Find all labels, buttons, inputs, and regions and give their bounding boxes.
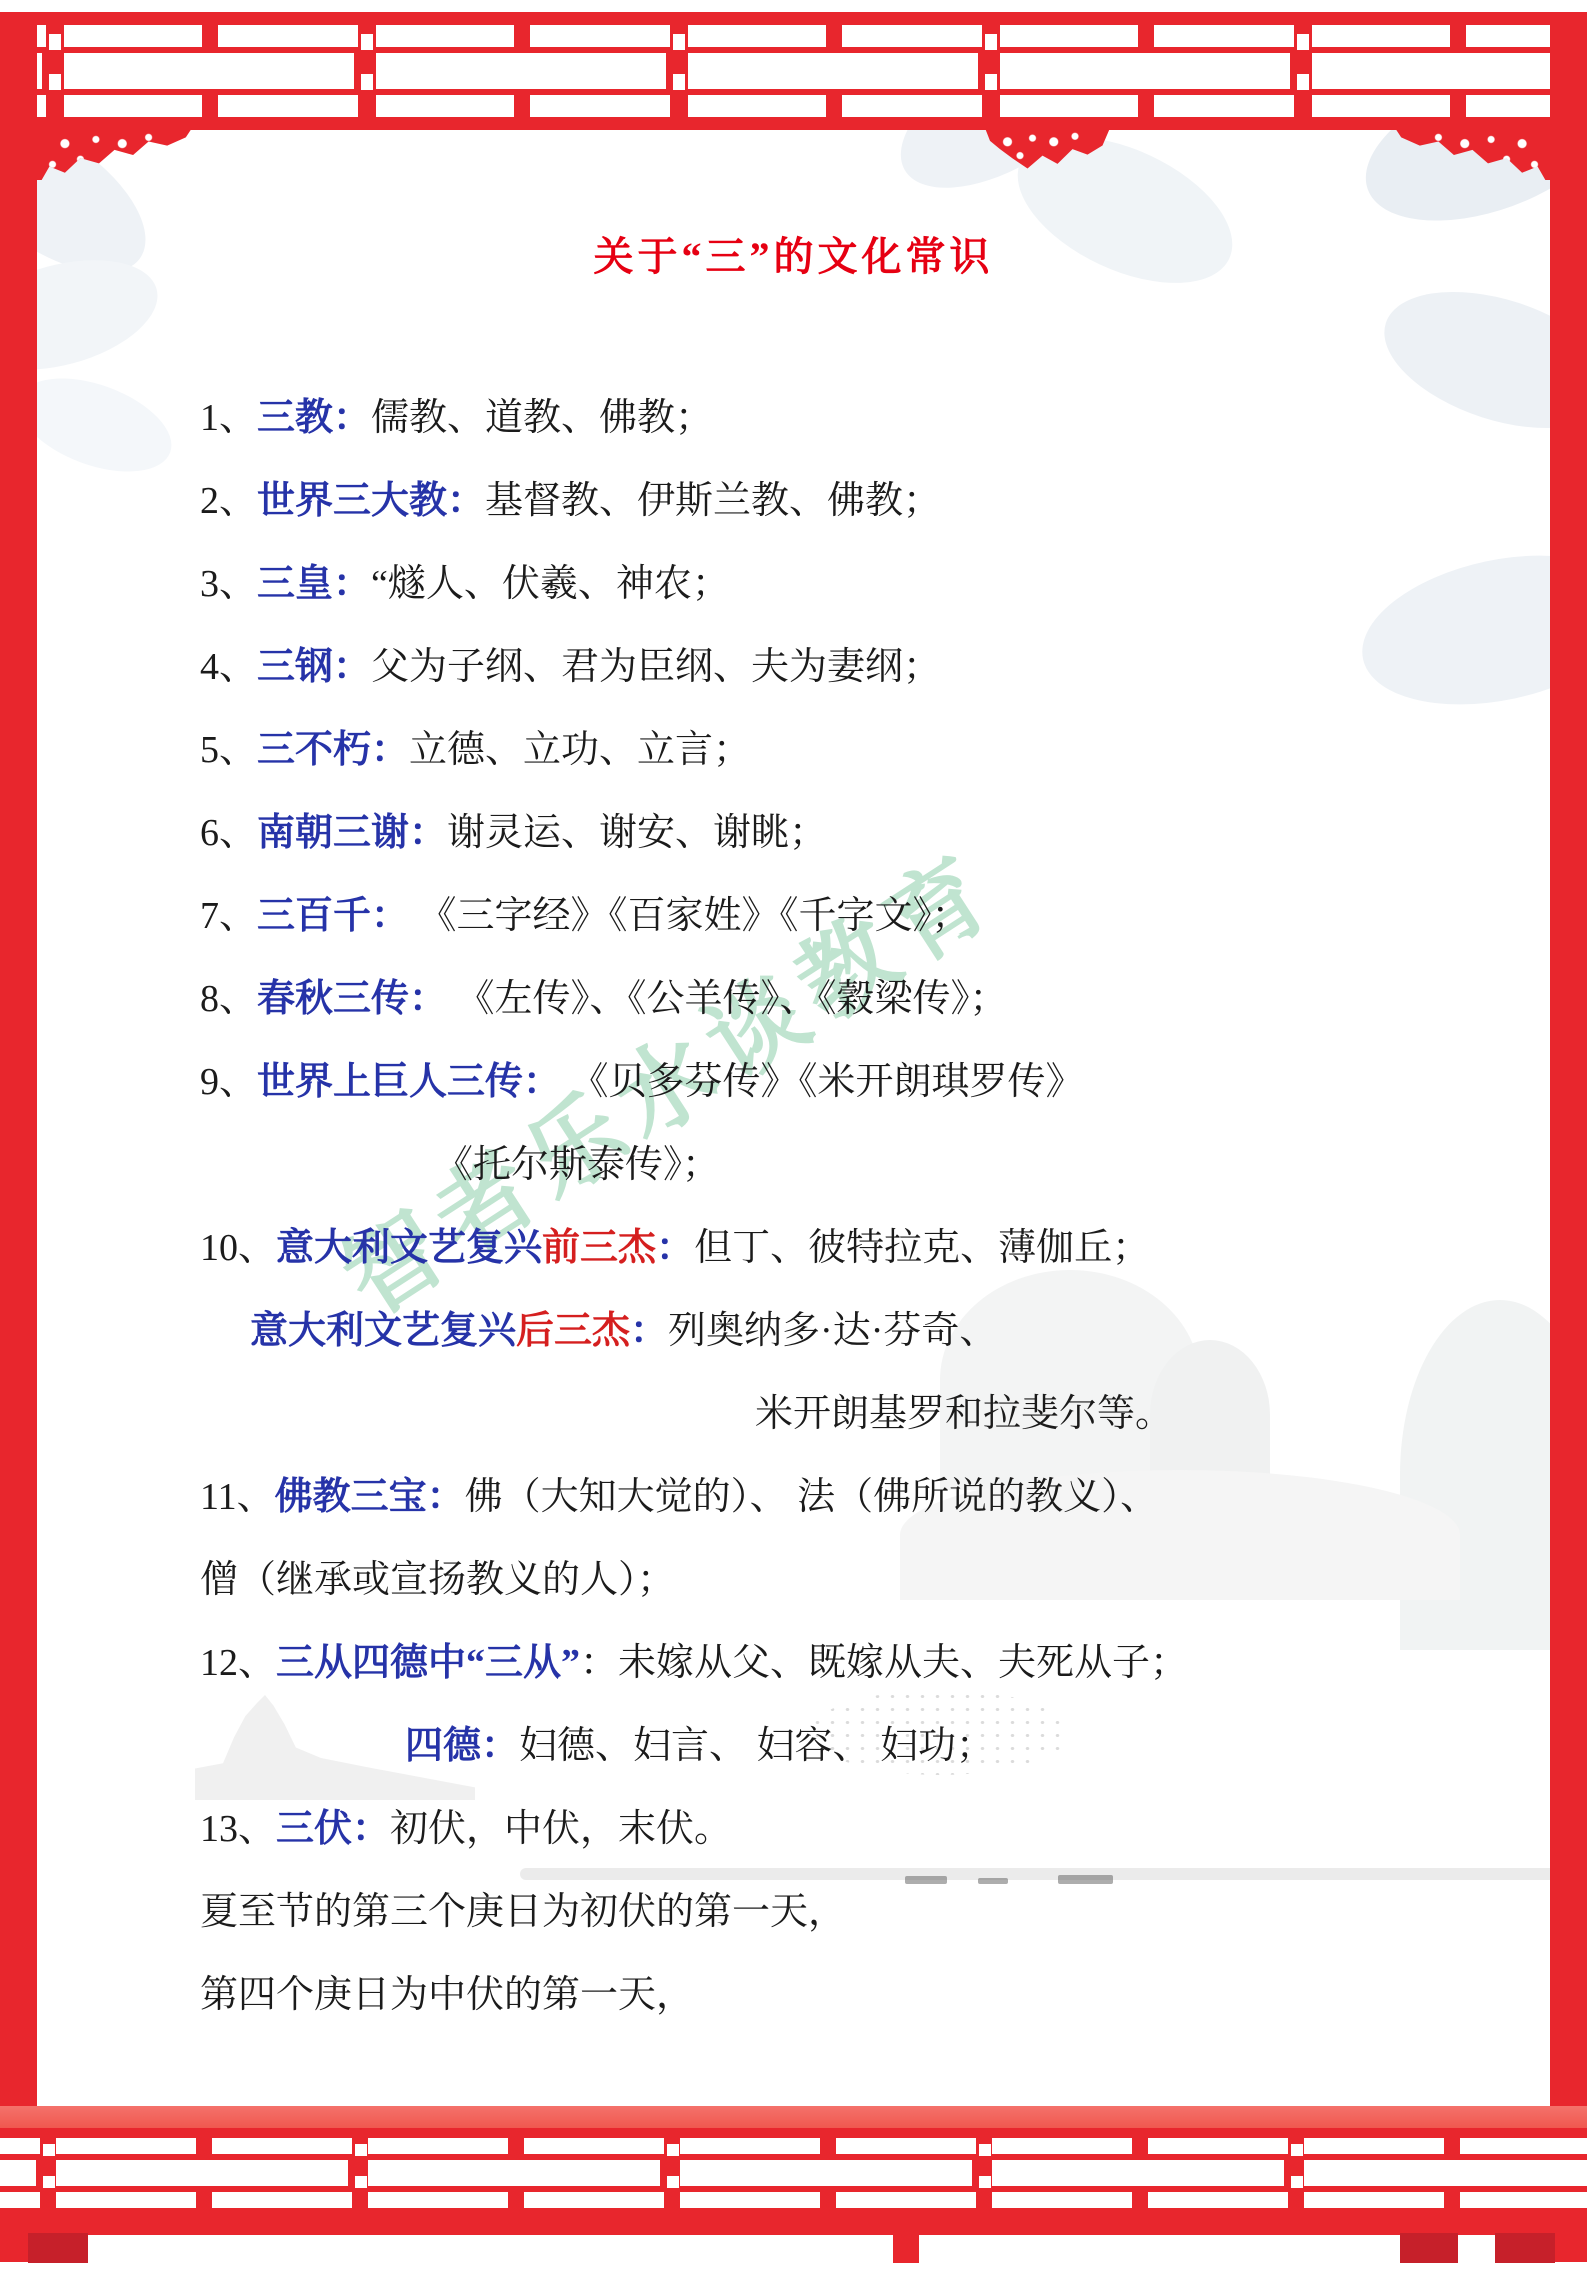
text-line: 8、春秋三传： 《左传》、《公羊传》、《穀梁传》； (0, 953, 1560, 1036)
text-segment: 意大利文艺复兴 (250, 1299, 516, 1354)
text-segment: 3、 (200, 552, 257, 607)
text-segment: 南朝三谢： (257, 801, 447, 856)
text-segment: 5、 (200, 718, 257, 773)
railing-top-beam (0, 2106, 1587, 2128)
text-segment: 12、 (200, 1631, 276, 1686)
text-segment: 三百千： (257, 884, 409, 939)
text-segment: 10、 (200, 1216, 276, 1271)
text-line: 7、三百千： 《三字经》《百家姓》《千字文》； (0, 870, 1560, 953)
text-line: 9、世界上巨人三传： 《贝多芬传》《米开朗琪罗传》 (0, 1036, 1560, 1119)
text-line: 3、三皇：“燧人、伏羲、神农； (0, 538, 1560, 621)
text-segment: 未嫁从父、既嫁从夫、夫死从子； (618, 1631, 1188, 1686)
text-segment: 世界上巨人三传： (257, 1050, 561, 1105)
top-lattice-border (0, 12, 1587, 130)
text-segment: 佛（大知大觉的）、 法（佛所说的教义）、 (465, 1465, 1159, 1520)
text-segment: ： (656, 1216, 694, 1271)
text-segment: 第四个庚日为中伏的第一天， (200, 1963, 694, 2018)
railing-post (1495, 2233, 1555, 2263)
text-segment: 《左传》、《公羊传》、《穀梁传》； (447, 967, 1008, 1022)
text-segment: 僧（继承或宣扬教义的人）； (200, 1548, 675, 1603)
text-segment: ： (580, 1631, 618, 1686)
text-segment: 夏至节的第三个庚日为初伏的第一天， (200, 1880, 846, 1935)
text-segment: 佛教三宝： (275, 1465, 465, 1520)
text-segment: “燧人、伏羲、神农； (371, 552, 730, 607)
text-segment: 三皇： (257, 552, 371, 607)
text-segment: 基督教、伊斯兰教、佛教； (485, 469, 941, 524)
text-segment: 8、 (200, 967, 257, 1022)
text-segment: 7、 (200, 884, 257, 939)
text-segment: 春秋三传： (257, 967, 447, 1022)
text-line: 《托尔斯泰传》； (0, 1119, 1560, 1202)
text-line: 僧（继承或宣扬教义的人）； (0, 1534, 1560, 1617)
text-segment: 4、 (200, 635, 257, 690)
text-segment: 三从四德中“三从” (276, 1631, 580, 1686)
page-title: 关于“三”的文化常识 (0, 225, 1587, 285)
text-segment: 三伏： (276, 1797, 390, 1852)
railing-post (893, 2233, 919, 2263)
text-line: 11、佛教三宝：佛（大知大觉的）、 法（佛所说的教义）、 (0, 1451, 1560, 1534)
text-segment: 四德： (405, 1714, 519, 1769)
text-segment: 谢灵运、谢安、谢眺； (447, 801, 827, 856)
right-frame-bar (1550, 12, 1587, 2262)
text-line: 米开朗基罗和拉斐尔等。 (0, 1368, 1560, 1451)
text-line: 4、三钢：父为子纲、君为臣纲、夫为妻纲； (0, 621, 1560, 704)
text-segment: 列奥纳多·达·芬奇、 (668, 1299, 997, 1354)
text-segment: 意大利文艺复兴 (276, 1216, 542, 1271)
text-segment: 后三杰 (516, 1299, 630, 1354)
text-segment: 初伏，中伏，末伏。 (390, 1797, 732, 1852)
text-line: 1、三教：儒教、道教、佛教； (0, 372, 1560, 455)
text-segment: 但丁、彼特拉克、薄伽丘； (694, 1216, 1150, 1271)
text-segment: ： (630, 1299, 668, 1354)
text-segment: 6、 (200, 801, 257, 856)
text-segment: 13、 (200, 1797, 276, 1852)
railing-bottom-rail (0, 2218, 1587, 2235)
text-segment: 2、 (200, 469, 257, 524)
text-line: 12、三从四德中“三从”：未嫁从父、既嫁从夫、夫死从子； (0, 1617, 1560, 1700)
text-segment: 米开朗基罗和拉斐尔等。 (755, 1382, 1173, 1437)
text-line: 10、意大利文艺复兴前三杰：但丁、彼特拉克、薄伽丘； (0, 1202, 1560, 1285)
text-line: 夏至节的第三个庚日为初伏的第一天， (0, 1866, 1560, 1949)
text-line: 6、南朝三谢：谢灵运、谢安、谢眺； (0, 787, 1560, 870)
text-segment: 三教： (257, 386, 371, 441)
document-body: 1、三教：儒教、道教、佛教；2、世界三大教：基督教、伊斯兰教、佛教；3、三皇：“… (0, 372, 1560, 2032)
text-line: 四德：妇德、妇言、 妇容、 妇功； (0, 1700, 1560, 1783)
text-line: 5、三不朽：立德、立功、立言； (0, 704, 1560, 787)
text-segment: 立德、立功、立言； (409, 718, 751, 773)
text-segment: 世界三大教： (257, 469, 485, 524)
text-line: 第四个庚日为中伏的第一天， (0, 1949, 1560, 2032)
text-segment: 《贝多芬传》《米开朗琪罗传》 (561, 1050, 1084, 1105)
text-segment: 三不朽： (257, 718, 409, 773)
text-segment: 1、 (200, 386, 257, 441)
text-segment: 11、 (200, 1465, 275, 1520)
bottom-lattice-border (0, 2128, 1587, 2218)
text-segment: 《托尔斯泰传》； (435, 1133, 720, 1188)
text-line: 13、三伏：初伏，中伏，末伏。 (0, 1783, 1560, 1866)
text-segment: 妇德、妇言、 妇容、 妇功； (519, 1714, 994, 1769)
text-line: 2、世界三大教：基督教、伊斯兰教、佛教； (0, 455, 1560, 538)
left-frame-bar (0, 12, 37, 2262)
text-line: 意大利文艺复兴后三杰：列奥纳多·达·芬奇、 (0, 1285, 1560, 1368)
railing-post (28, 2233, 88, 2263)
text-segment: 前三杰 (542, 1216, 656, 1271)
text-segment: 《三字经》《百家姓》《千字文》； (409, 884, 970, 939)
text-segment: 三钢： (257, 635, 371, 690)
text-segment: 9、 (200, 1050, 257, 1105)
text-segment: 父为子纲、君为臣纲、夫为妻纲； (371, 635, 941, 690)
text-segment: 儒教、道教、佛教； (371, 386, 713, 441)
railing-post (1400, 2233, 1458, 2263)
